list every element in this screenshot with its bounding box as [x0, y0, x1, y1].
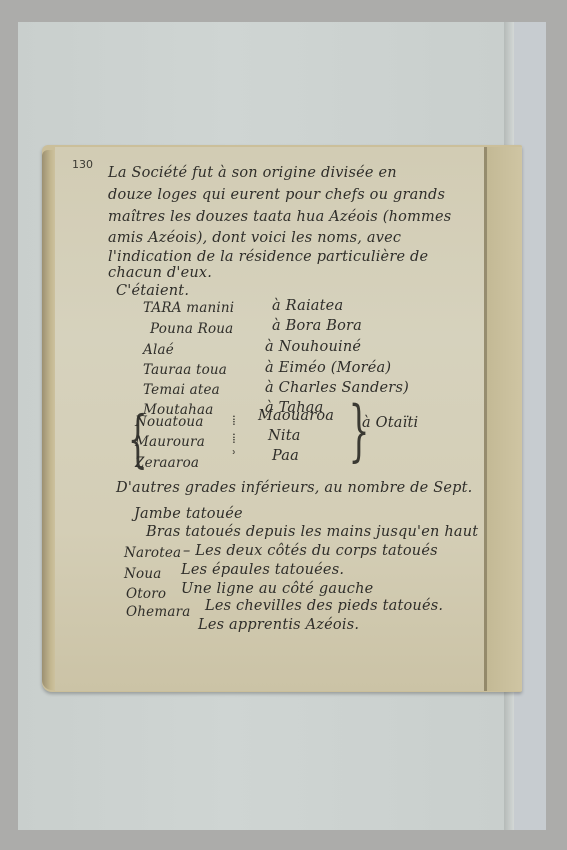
lodge-name: Alaé: [143, 342, 174, 358]
dotted-separator: ⁞⁞ʾ: [232, 412, 236, 466]
lodge-residence: à Charles Sanders): [265, 380, 409, 396]
list-intro: C'étaient.: [116, 283, 189, 299]
grade-name: Ohemara: [126, 604, 191, 620]
otaiti-right-name: Paa: [272, 448, 299, 464]
otaiti-residence: à Otaïti: [362, 415, 418, 431]
otaiti-left-name: Zeraaroa: [135, 455, 199, 471]
right-brace: }: [349, 398, 370, 464]
grades-intro: D'autres grades inférieurs, au nombre de…: [116, 480, 472, 496]
intro-line: chacun d'eux.: [108, 265, 212, 281]
otaiti-right-name: Nita: [268, 428, 301, 444]
intro-line: douze loges qui eurent pour chefs ou gra…: [108, 187, 445, 203]
intro-line: La Société fut à son origine divisée en: [108, 165, 397, 181]
lodge-name: Pouna Roua: [150, 321, 233, 337]
next-page-edge: [487, 147, 522, 691]
lodge-name: Temai atea: [143, 382, 220, 398]
otaiti-right-name: Maouaroa: [258, 408, 334, 424]
intro-line: amis Azéois), dont voici les noms, avec: [108, 230, 401, 246]
grade-description: Les épaules tatouées.: [181, 562, 344, 578]
grade-name: Otoro: [126, 586, 166, 602]
lodge-residence: à Bora Bora: [272, 318, 362, 334]
closing-line: Les apprentis Azéois.: [198, 617, 359, 633]
grade-description: Bras tatoués depuis les mains jusqu'en h…: [146, 524, 478, 540]
grade-name: Narotea: [124, 545, 181, 561]
page-number: 130: [72, 158, 93, 171]
intro-line: maîtres les douzes taata hua Azéois (hom…: [108, 209, 451, 225]
lodge-name: TARA manini: [143, 300, 234, 316]
otaiti-left-name: Mauroura: [135, 434, 205, 450]
grade-description: Une ligne au côté gauche: [181, 581, 373, 597]
intro-line: l'indication de la résidence particulièr…: [108, 249, 428, 265]
notebook-spine: [42, 150, 56, 690]
lodge-name: Tauraa toua: [143, 362, 227, 378]
lodge-residence: à Eiméo (Moréa): [265, 360, 391, 376]
grade-description: – Les deux côtés du corps tatoués: [183, 543, 438, 559]
lodge-residence: à Raiatea: [272, 298, 343, 314]
grade-description: Jambe tatouée: [134, 506, 243, 522]
grade-description: Les chevilles des pieds tatoués.: [205, 598, 443, 614]
grade-name: Noua: [124, 566, 161, 582]
otaiti-left-name: Nouatoua: [135, 414, 204, 430]
lodge-residence: à Nouhouiné: [265, 339, 361, 355]
